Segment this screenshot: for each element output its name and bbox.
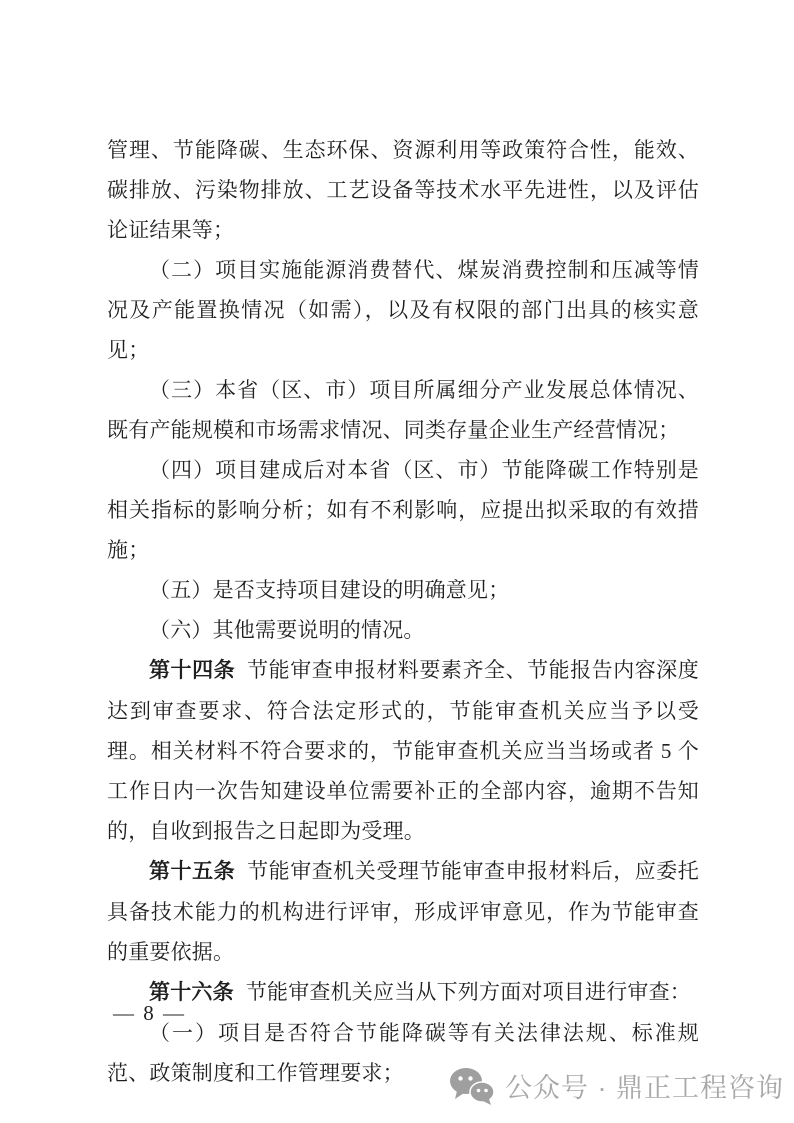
wechat-watermark: 公众号 · 鼎正工程咨询 xyxy=(449,1066,784,1105)
paragraph-text: 管理、节能降碳、生态环保、资源利用等政策符合性，能效、碳排放、污染物排放、工艺设… xyxy=(107,138,699,242)
paragraph-continuation: 管理、节能降碳、生态环保、资源利用等政策符合性，能效、碳排放、污染物排放、工艺设… xyxy=(107,130,699,250)
article-number-label: 第十五条 xyxy=(149,860,235,883)
document-body: 管理、节能降碳、生态环保、资源利用等政策符合性，能效、碳排放、污染物排放、工艺设… xyxy=(107,130,699,1093)
paragraph-item-6: （六）其他需要说明的情况。 xyxy=(107,610,699,650)
paragraph-item-4: （四）项目建成后对本省（区、市）节能降碳工作特别是相关指标的影响分析；如有不利影… xyxy=(107,450,699,570)
watermark-text: 公众号 · 鼎正工程咨询 xyxy=(505,1066,784,1105)
paragraph-text: （五）是否支持项目建设的明确意见； xyxy=(149,578,509,602)
page-number: — 8 — xyxy=(113,998,186,1028)
paragraph-article-16: 第十六条节能审查机关应当从下列方面对项目进行审查： xyxy=(107,972,699,1013)
paragraph-item-5: （五）是否支持项目建设的明确意见； xyxy=(107,570,699,610)
paragraph-text: （三）本省（区、市）项目所属细分产业发展总体情况、既有产能规模和市场需求情况、同… xyxy=(107,378,699,442)
paragraph-text: （六）其他需要说明的情况。 xyxy=(149,618,425,642)
paragraph-text: 节能审查申报材料要素齐全、节能报告内容深度达到审查要求、符合法定形式的，节能审查… xyxy=(107,658,699,843)
paragraph-article-15: 第十五条节能审查机关受理节能审查申报材料后，应委托具备技术能力的机构进行评审，形… xyxy=(107,851,699,972)
paragraph-text: （二）项目实施能源消费替代、煤炭消费控制和压减等情况及产能置换情况（如需），以及… xyxy=(107,258,699,362)
paragraph-text: （四）项目建成后对本省（区、市）节能降碳工作特别是相关指标的影响分析；如有不利影… xyxy=(107,458,699,562)
wechat-icon xyxy=(449,1067,495,1105)
paragraph-item-3: （三）本省（区、市）项目所属细分产业发展总体情况、既有产能规模和市场需求情况、同… xyxy=(107,370,699,450)
document-page: 管理、节能降碳、生态环保、资源利用等政策符合性，能效、碳排放、污染物排放、工艺设… xyxy=(0,0,794,1123)
paragraph-item-2: （二）项目实施能源消费替代、煤炭消费控制和压减等情况及产能置换情况（如需），以及… xyxy=(107,250,699,370)
paragraph-article-14: 第十四条节能审查申报材料要素齐全、节能报告内容深度达到审查要求、符合法定形式的，… xyxy=(107,650,699,851)
paragraph-text: 节能审查机关应当从下列方面对项目进行审查： xyxy=(246,980,691,1004)
article-number-label: 第十四条 xyxy=(149,659,235,682)
